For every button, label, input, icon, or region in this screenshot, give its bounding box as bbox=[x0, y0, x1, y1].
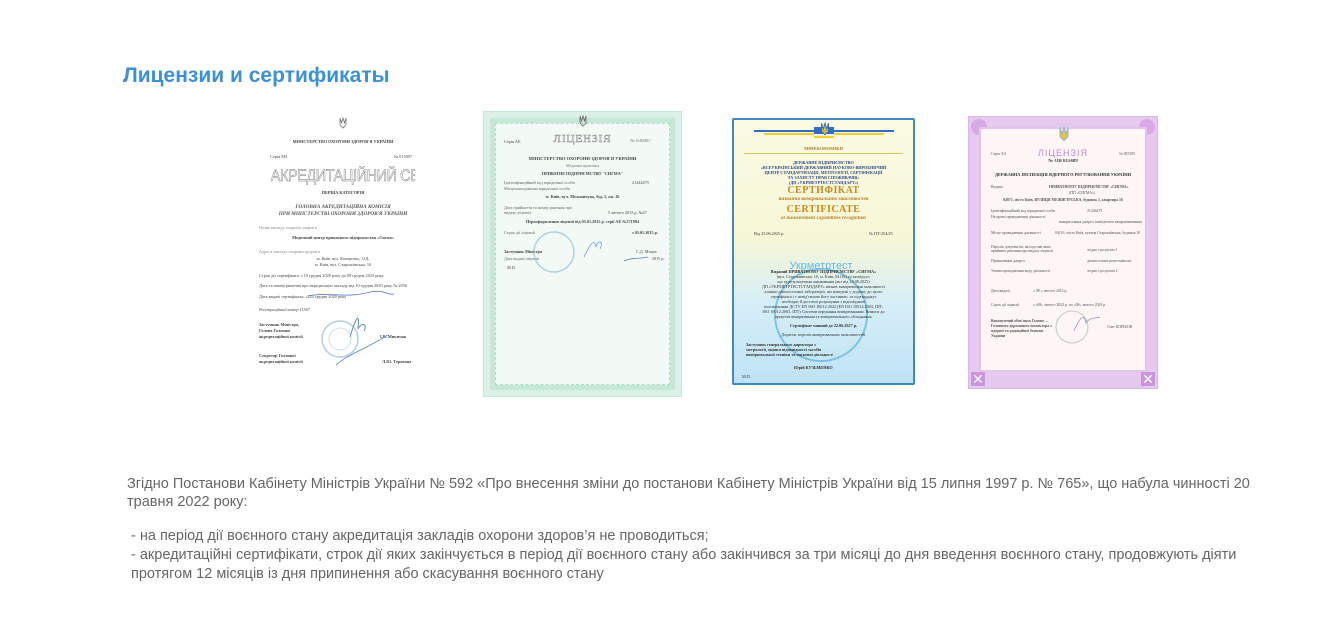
doc-line: of measurement capabilities recognition bbox=[734, 216, 913, 221]
trident-icon bbox=[339, 117, 347, 129]
doc-line: ГОЛОВНА АКРЕДИТАЦІЙНА КОМІСІЯ bbox=[258, 204, 428, 210]
doc-line: Видана bbox=[991, 185, 1003, 189]
section-title: Лицензии и сертификаты bbox=[123, 64, 390, 88]
doc-line: Реєстраційний номер 11567 bbox=[259, 307, 310, 312]
doc-line: 04116, місто Київ, вулиця Старокиївська,… bbox=[1055, 231, 1145, 235]
trident-icon bbox=[579, 115, 587, 127]
doc-heading: ЛІЦЕНЗІЯ bbox=[484, 133, 681, 145]
doc-line: визнання вимірювальних можливостей bbox=[734, 197, 913, 202]
doc-line: Юрій КУЗЬМЕНКО bbox=[794, 365, 833, 370]
signature-icon bbox=[306, 290, 396, 300]
doc-line: Місцезнаходження юридичної особи bbox=[504, 186, 570, 191]
doc-line: 21444479 bbox=[632, 180, 649, 185]
notice-item: - акредитаційні сертифікати, строк дії я… bbox=[131, 546, 1291, 584]
doc-line: вимірювальної техніки та наукової діяльн… bbox=[746, 352, 833, 357]
trident-icon bbox=[820, 122, 830, 136]
measurement-certificate-image[interactable]: МІНЕКОНОМІКИ ДЕРЖАВНЕ ПІДПРИЄМСТВО «ВСЕУ… bbox=[732, 118, 915, 385]
doc-line: акредитаційної комісії bbox=[259, 334, 303, 339]
stamp-icon bbox=[524, 227, 654, 277]
doc-line: № 007295 bbox=[1119, 152, 1135, 156]
doc-line: ПРИВАТНЕ ПІДПРИЄМСТВО "СИГМА" bbox=[484, 171, 681, 176]
doc-line: згідно з розділом 1 bbox=[1087, 248, 1118, 252]
doc-line: Умови провадження виду діяльності bbox=[991, 269, 1050, 273]
doc-line: України bbox=[991, 334, 1005, 338]
doc-line: згідно з розділом 2 bbox=[1087, 269, 1118, 273]
stamp-icon bbox=[316, 309, 396, 368]
doc-line: Секретар Головної bbox=[259, 353, 296, 358]
doc-heading: CERTIFICATE bbox=[734, 204, 913, 215]
doc-line: Олег КОРІКОВ bbox=[1107, 325, 1132, 329]
doc-line: Адреса закладу охорони здоров'я bbox=[259, 249, 320, 254]
doc-line: МІНІСТЕРСТВО ОХОРОНИ ЗДОРОВ'Я УКРАЇНИ bbox=[258, 139, 428, 144]
doc-line: 21444479 bbox=[1087, 209, 1102, 213]
doc-line: діагностичне рентгенівське bbox=[1087, 259, 1131, 263]
doc-line: ядерної та радіаційної безпеки bbox=[991, 329, 1043, 333]
doc-line: Назва закладу охорони здоров'я bbox=[259, 225, 317, 230]
doc-line: Медична практика bbox=[484, 163, 681, 168]
doc-line: процесів вимірювання та вимірювального о… bbox=[734, 314, 913, 319]
doc-line: ПРИВАТНОМУ ПІДПРИЄМСТВУ «СИГМА» bbox=[1049, 185, 1129, 189]
trident-icon bbox=[1058, 126, 1070, 142]
doc-line: МІНІСТЕРСТВО ОХОРОНИ ЗДОРОВ'Я УКРАЇНИ bbox=[484, 156, 681, 161]
doc-line: 04071, місто Київ, ВУЛИЦЯ МЕЖИГІРСЬКА, б… bbox=[969, 198, 1157, 202]
doc-line: м. Київ, вул. Мельничука, буд. 5, кв. 16 bbox=[484, 194, 681, 199]
doc-line: Строк дії ліцензії bbox=[991, 303, 1019, 307]
notice-paragraph: Згідно Постанови Кабінету Міністрів Укра… bbox=[127, 475, 1287, 511]
doc-line: Місце провадження діяльності bbox=[991, 231, 1041, 235]
doc-heading: СЕРТИФІКАТ bbox=[734, 185, 913, 196]
doc-line: Заступник Міністра, bbox=[259, 322, 299, 327]
doc-line: На право провадження діяльності bbox=[991, 215, 1049, 219]
doc-line: ПРИ МІНІСТЕРСТВІ ОХОРОНИ ЗДОРОВ'Я УКРАЇН… bbox=[258, 211, 428, 217]
doc-line: ПЕРША КАТЕГОРІЯ bbox=[258, 190, 428, 195]
doc-line: Додаток: перелік вимірювальних можливост… bbox=[734, 332, 913, 337]
doc-line: Від 23.06.2025 р. bbox=[754, 231, 784, 236]
divider bbox=[744, 153, 903, 154]
license-image[interactable]: Серія АЕ ЛІЦЕНЗІЯ № 636087 МІНІСТЕРСТВО … bbox=[483, 111, 682, 397]
doc-line: Переоформлення ліцензії від 05.01.2015 р… bbox=[484, 219, 681, 224]
stamp-icon bbox=[1044, 307, 1104, 347]
doc-line: « 08 » лютого 2013 р. bbox=[1033, 289, 1067, 293]
doc-line: Ідентифікаційний код юридичної особи bbox=[991, 209, 1055, 213]
doc-heading: АКРЕДИТАЦІЙНИЙ СЕРТИФІКАТ bbox=[271, 166, 416, 186]
doc-line: Ідентифікаційний код юридичної особи bbox=[504, 180, 575, 185]
doc-line: № ПТ-254/25 bbox=[869, 231, 893, 236]
doc-line: Серія МЗ bbox=[270, 154, 287, 159]
doc-line: Медичний центр приватного підприємства «… bbox=[258, 235, 428, 240]
doc-line: МІНЕКОНОМІКИ bbox=[734, 146, 913, 151]
notice-item: - на період дії воєнного стану акредитац… bbox=[131, 527, 1291, 546]
doc-line: 5 лютого 2015 р. №47 bbox=[608, 210, 647, 215]
doc-line: ДЕРЖАВНА ІНСПЕКЦІЯ ЯДЕРНОГО РЕГУЛЮВАННЯ … bbox=[969, 172, 1157, 177]
nuclear-license-image[interactable]: ✕ ✕ Серія АА ЛІЦЕНЗІЯ № 007295 № ОВ 0114… bbox=[968, 116, 1158, 389]
doc-line: використання джерел іонізуючого випромін… bbox=[1059, 220, 1144, 224]
doc-line: Голова Головної bbox=[259, 328, 290, 333]
doc-line: Виконуючий обов'язки Голови — bbox=[991, 319, 1048, 323]
doc-line: акредитаційної комісії bbox=[259, 359, 303, 364]
doc-line: М.П. bbox=[507, 265, 516, 270]
doc-line: м. Київ, вул. Старокиївська, 10 bbox=[258, 262, 428, 267]
doc-line: Призначення джерел bbox=[991, 259, 1025, 263]
doc-line: Перелік документів, на підставі яких при… bbox=[991, 245, 1063, 253]
notice-list: - на період дії воєнного стану акредитац… bbox=[131, 527, 1291, 584]
doc-line: Дата прийняття та номер рішення про вида… bbox=[504, 205, 574, 215]
doc-line: № ОВ 011489 bbox=[969, 159, 1157, 164]
doc-line: Дата та номер рішення про акредитацію за… bbox=[259, 283, 407, 288]
doc-line: № 015097 bbox=[394, 154, 412, 159]
doc-line: Дата видачі bbox=[991, 289, 1010, 293]
doc-line: М.П. bbox=[742, 374, 751, 379]
doc-line: (ПП «СИГМА») bbox=[1069, 191, 1095, 195]
accreditation-certificate-image[interactable]: МІНІСТЕРСТВО ОХОРОНИ ЗДОРОВ'Я УКРАЇНИ Се… bbox=[258, 113, 428, 368]
doc-line: м. Київ, вул. Коперніка, 12Д, bbox=[258, 256, 428, 261]
doc-line: № 636087 bbox=[630, 139, 651, 144]
doc-line: Сертифікат чинний до 22.06.2027 р. bbox=[734, 323, 913, 328]
doc-line: Головного державного інспектора з bbox=[991, 324, 1052, 328]
doc-line: Строк дії сертифіката: з 10 грудня 2020 … bbox=[259, 273, 384, 278]
